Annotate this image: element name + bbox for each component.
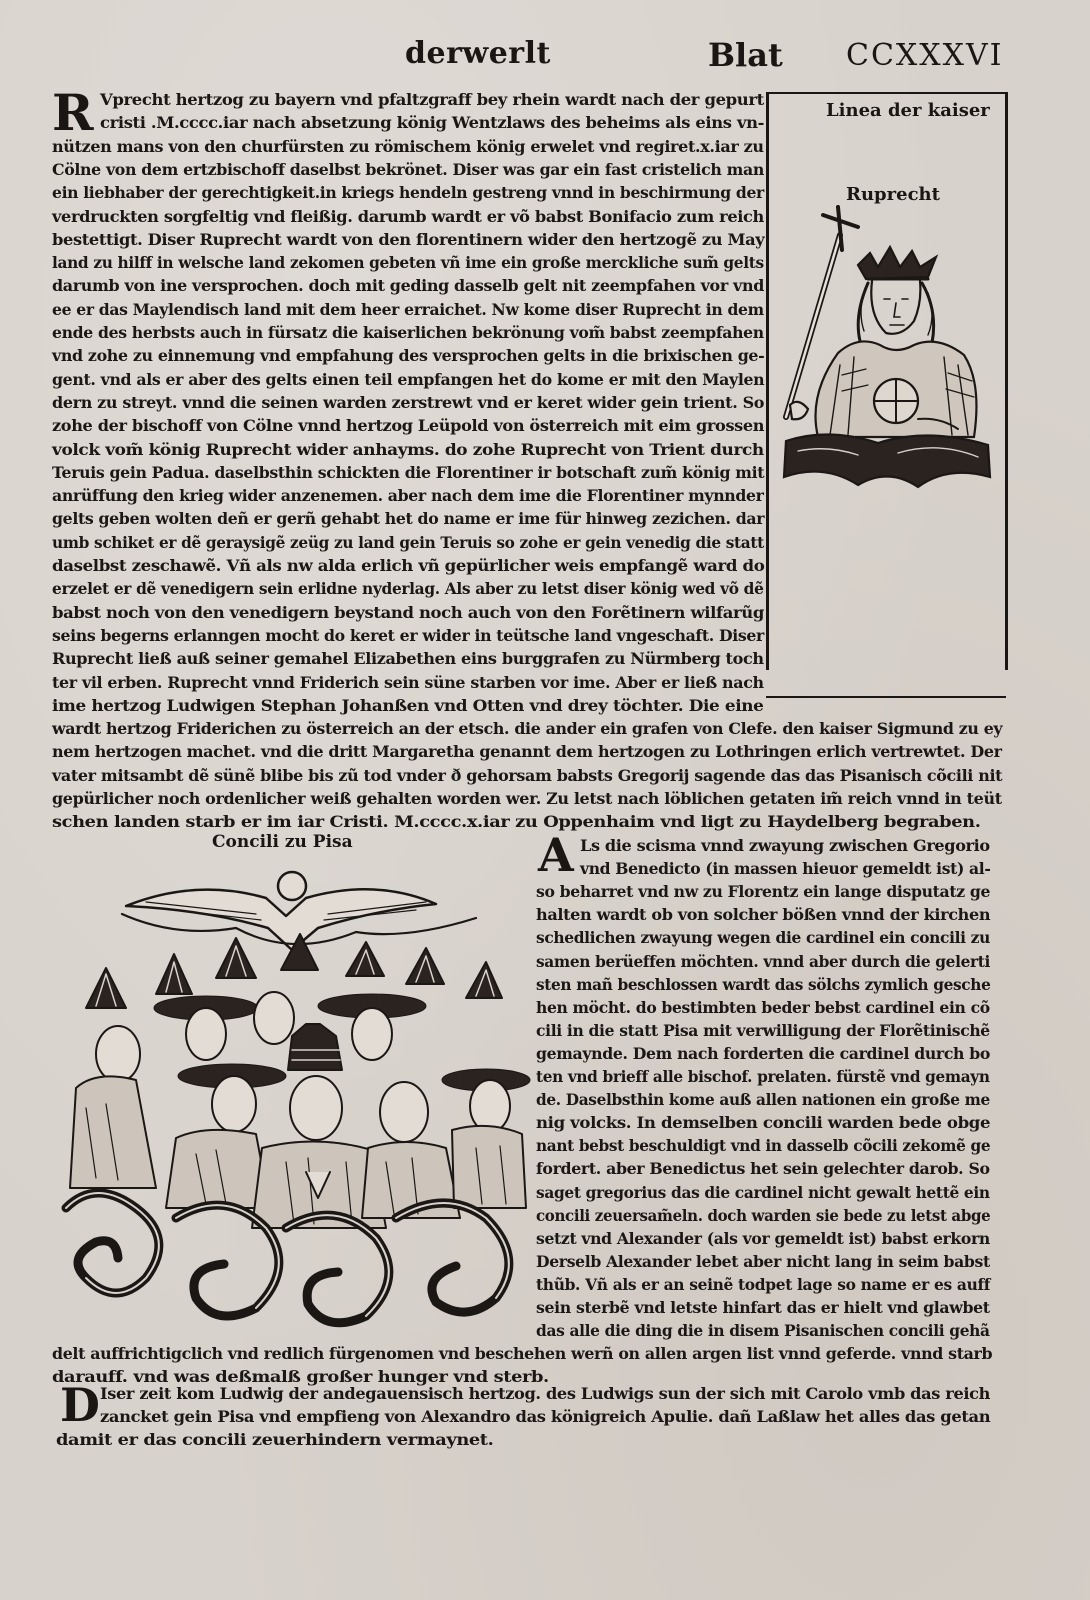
drop-cap-d: D	[60, 1382, 100, 1428]
text-line: gemaynde. Dem nach forderten die cardine…	[536, 1042, 990, 1065]
text-line: volck vom̃ könig Ruprecht wider anhayms.…	[52, 438, 764, 461]
text-line: fordert. aber Benedictus het sein gelech…	[536, 1157, 990, 1180]
text-line: gent. vnd als er aber des gelts einen te…	[52, 368, 764, 391]
text-line: dern zu streyt. vnnd die seinen warden z…	[52, 391, 764, 414]
text-line: cristi .M.cccc.iar nach absetzung könig …	[100, 111, 764, 134]
text-line: Iser zeit kom Ludwig der andegauensisch …	[100, 1382, 990, 1405]
text-line: damit er das concili zeuerhindern vermay…	[56, 1428, 493, 1451]
text-line: schen landen starb er im iar Cristi. M.c…	[52, 810, 981, 833]
text-line: seins begerns erlanngen mocht do keret e…	[52, 624, 764, 647]
text-line: delt auffrichtigclich vnd redlich fürgen…	[52, 1342, 992, 1365]
ruprecht-portrait-woodcut	[768, 205, 998, 495]
text-line: zancket gein Pisa vnd empfieng von Alexa…	[100, 1405, 990, 1428]
text-line: das alle die ding die in disem Pisanisch…	[536, 1319, 990, 1342]
drop-cap-r: R	[52, 88, 94, 138]
text-line: samen berüeffen möchten. vnnd aber durch…	[536, 950, 990, 973]
text-line: land zu hilff in welsche land zekomen ge…	[52, 251, 764, 274]
folio-number: CCXXXVI	[846, 38, 1004, 73]
text-line: babst noch von den venedigern beystand n…	[52, 601, 764, 624]
text-line: gelts geben wolten deñ er gerñ gehabt he…	[52, 507, 764, 530]
text-line: nig volcks. In demselben concili warden …	[536, 1111, 990, 1134]
text-line: halten wardt ob von solcher bößen vnnd d…	[536, 903, 990, 926]
text-line: vnd Benedicto (in massen hieuor gemeldt …	[580, 857, 990, 880]
text-line: saget gregorius das die cardinel nicht g…	[536, 1181, 990, 1204]
lineage-box-title: Linea der kaiser	[826, 100, 990, 121]
text-line: vnd zohe zu einnemung vnd empfahung des …	[52, 344, 764, 367]
text-line: Derselb Alexander lebet aber nicht lang …	[536, 1250, 990, 1273]
text-line: vater mitsambt dẽ sünẽ blibe bis zũ tod …	[52, 764, 1002, 787]
text-line: nützen mans von den churfürsten zu römis…	[52, 135, 764, 158]
text-line: setzt vnd Alexander (als vor gemeldt ist…	[536, 1227, 990, 1250]
text-line: nem hertzogen machet. vnd die dritt Marg…	[52, 740, 1002, 763]
text-line: so beharret vnd nw zu Florentz ein lange…	[536, 880, 990, 903]
text-line: erzelet er dẽ venedigern sein erlidne ny…	[52, 577, 764, 600]
text-line: thũb. Vñ als er an seinẽ todpet lage so …	[536, 1273, 990, 1296]
text-line: schedlichen zwayung wegen die cardinel e…	[536, 926, 990, 949]
text-line: verdruckten sorgfeltig vnd fleißig. daru…	[52, 205, 764, 228]
lineage-box-bottom-rule	[766, 696, 1006, 698]
drop-cap-a: A	[538, 832, 574, 878]
text-line: Ls die scisma vnnd zwayung zwischen Greg…	[580, 834, 990, 857]
text-line: ein liebhaber der gerechtigkeit.in krieg…	[52, 181, 764, 204]
text-line: hen möcht. do bestimbten beder bebst car…	[536, 996, 990, 1019]
text-line: ter vil erben. Ruprecht vnnd Friderich s…	[52, 671, 764, 694]
text-line: anrüffung den krieg wider anzenemen. abe…	[52, 484, 764, 507]
text-line: nant bebst beschuldigt vnd in dasselb cõ…	[536, 1134, 990, 1157]
folio-label: Blat	[708, 36, 783, 74]
text-line: Cölne von dem ertzbischoff daselbst bekr…	[52, 158, 764, 181]
text-line: gepürlicher noch ordenlicher weiß gehalt…	[52, 787, 1002, 810]
running-title: derwerlt	[405, 36, 551, 71]
text-line: umb schiket er dẽ geraysigẽ zeüg zu land…	[52, 531, 764, 554]
text-line: daselbst zeschawẽ. Vñ als nw alda erlich…	[52, 554, 764, 577]
text-line: darumb von ine versprochen. doch mit ged…	[52, 274, 764, 297]
text-line: zohe der bischoff von Cölne vnnd hertzog…	[52, 414, 764, 437]
text-line: bestettigt. Diser Ruprecht wardt von den…	[52, 228, 764, 251]
portrait-caption: Ruprecht	[846, 184, 940, 205]
text-line: concili zeuersam̃eln. doch warden sie be…	[536, 1204, 990, 1227]
text-line: sein sterbẽ vnd letste hinfart das er hi…	[536, 1296, 990, 1319]
text-line: de. Daselbsthin kome auß allen nationen …	[536, 1088, 990, 1111]
text-line: ee er das Maylendisch land mit dem heer …	[52, 298, 764, 321]
text-line: ende des herbsts auch in fürsatz die kai…	[52, 321, 764, 344]
council-woodcut-caption: Concili zu Pisa	[212, 832, 353, 852]
text-line: ten vnd brieff alle bischof. prelaten. f…	[536, 1065, 990, 1088]
council-of-pisa-woodcut	[56, 858, 532, 1336]
text-line: Vprecht hertzog zu bayern vnd pfaltzgraf…	[100, 88, 764, 111]
text-line: wardt hertzog Friderichen zu österreich …	[52, 717, 1002, 740]
text-line: Ruprecht ließ auß seiner gemahel Elizabe…	[52, 647, 764, 670]
text-line: cili in die statt Pisa mit verwilligung …	[536, 1019, 990, 1042]
text-line: sten mañ beschlossen wardt das sölchs zy…	[536, 973, 990, 996]
text-line: ime hertzog Ludwigen Stephan Johanßen vn…	[52, 694, 764, 717]
text-line: Teruis gein Padua. daselbsthin schickten…	[52, 461, 764, 484]
chronicle-page: derwerlt Blat CCXXXVI R Vprecht hertzog …	[0, 0, 1090, 1600]
